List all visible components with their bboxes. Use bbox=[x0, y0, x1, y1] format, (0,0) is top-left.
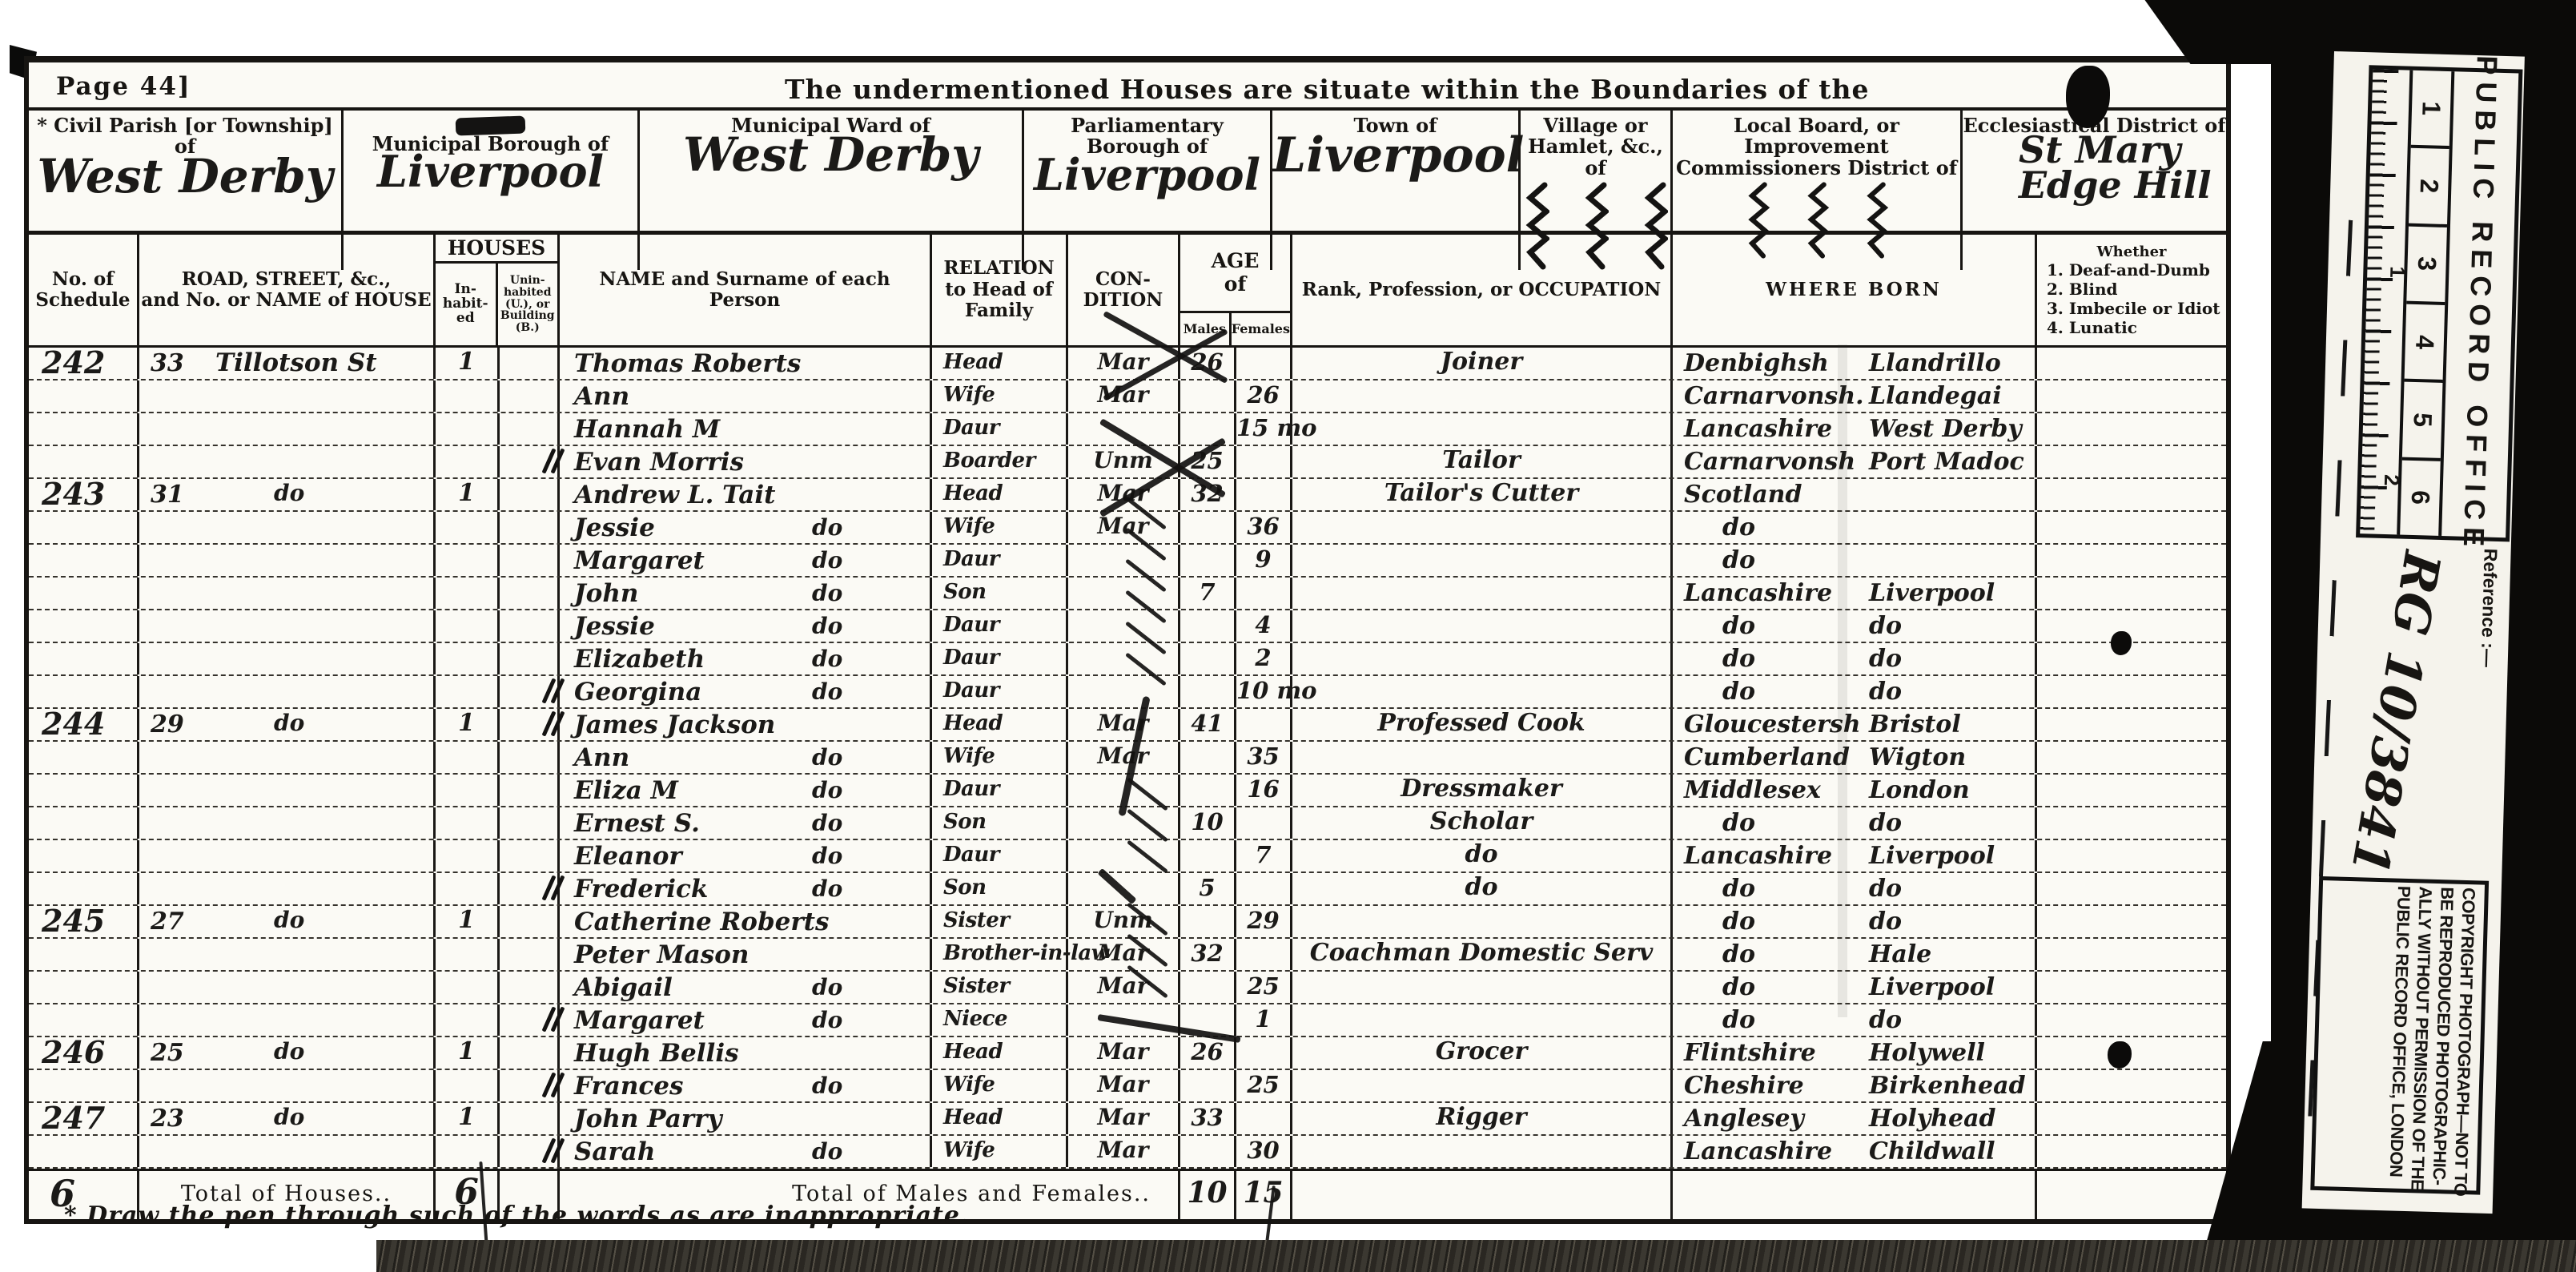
struck-word: City or bbox=[460, 115, 520, 135]
birth-place: do bbox=[1869, 875, 1902, 903]
scan-background-edge bbox=[2122, 0, 2274, 64]
inhabited-mark bbox=[433, 1004, 497, 1036]
person-name: Margaret bbox=[574, 546, 705, 575]
uninhabited-cell bbox=[497, 545, 557, 576]
ditto-mark: do bbox=[812, 678, 842, 705]
birthplace-cell: Cumberland Wigton bbox=[1670, 742, 2035, 773]
person-name-cell: Jessie do bbox=[557, 610, 930, 642]
address-cell bbox=[137, 972, 433, 1003]
age-female-value: 29 bbox=[1234, 906, 1290, 937]
birthplace-cell: Lancashire Childwall bbox=[1670, 1136, 2035, 1167]
relation-value: Son bbox=[930, 578, 1066, 609]
table-row: 244 29 do 1 James Jackson Head Mar 41 Pr… bbox=[29, 709, 2226, 742]
age-male-value: 41 bbox=[1178, 709, 1234, 740]
pro-ruler-box: 1 2 123456 PUBLIC RECORD OFFICE bbox=[2356, 65, 2522, 541]
inhabited-mark bbox=[433, 840, 497, 871]
age-female-value bbox=[1234, 1103, 1290, 1134]
ruler-cell-number: 1 bbox=[2411, 70, 2452, 150]
age-female-value: 1 bbox=[1234, 1004, 1290, 1036]
birth-place: Liverpool bbox=[1869, 579, 1995, 607]
inhabited-mark: 1 bbox=[433, 906, 497, 937]
house-number: 27 bbox=[151, 908, 184, 936]
disability-cell bbox=[2035, 1004, 2226, 1036]
col-name-header: NAME and Surname of each Person bbox=[557, 235, 930, 345]
birth-county: Lancashire bbox=[1684, 415, 1832, 443]
age-female-value bbox=[1234, 873, 1290, 904]
relation-value: Daur bbox=[930, 545, 1066, 576]
person-name: Hannah M bbox=[574, 415, 720, 444]
person-name: James Jackson bbox=[574, 710, 775, 739]
age-male-value bbox=[1178, 840, 1234, 871]
ditto-mark: do bbox=[812, 1138, 842, 1165]
birth-county: do bbox=[1722, 645, 1755, 673]
person-name-cell: Ann bbox=[557, 380, 930, 412]
col-condition-header: CON- DITION bbox=[1066, 235, 1178, 345]
age-male-value bbox=[1178, 610, 1234, 642]
birth-place: Holyhead bbox=[1869, 1105, 1996, 1133]
schedule-number: 243 bbox=[29, 479, 137, 510]
house-number: 29 bbox=[151, 710, 184, 739]
person-name: Catherine Roberts bbox=[574, 908, 829, 936]
relation-value: Wife bbox=[930, 512, 1066, 543]
condition-value bbox=[1066, 413, 1178, 445]
table-row: Abigail do Sister Mar 25 do Liverpool bbox=[29, 972, 2226, 1004]
inhabited-mark bbox=[433, 775, 497, 806]
condition-value: Unm bbox=[1066, 446, 1178, 477]
col-relation-header: RELATION to Head of Family bbox=[930, 235, 1066, 345]
ecclesiastical-district-value: St Mary Edge Hill bbox=[1963, 133, 2226, 203]
birth-county: do bbox=[1722, 973, 1755, 1001]
birth-county: Denbighsh bbox=[1684, 349, 1829, 377]
birthplace-cell: Flintshire Holywell bbox=[1670, 1037, 2035, 1069]
birth-county: Flintshire bbox=[1684, 1039, 1816, 1067]
table-row: 246 25 do 1 Hugh Bellis Head Mar 26 Groc… bbox=[29, 1037, 2226, 1070]
relation-value: Daur bbox=[930, 413, 1066, 445]
schedule-number: 245 bbox=[29, 906, 137, 937]
person-name-cell: Ernest S. do bbox=[557, 807, 930, 839]
disability-cell bbox=[2035, 479, 2226, 510]
birthplace-cell: Anglesey Holyhead bbox=[1670, 1103, 2035, 1134]
table-row: 247 23 do 1 John Parry Head Mar 33 Rigge… bbox=[29, 1103, 2226, 1136]
col-disability-header: Whether 1. Deaf-and-Dumb2. Blind3. Imbec… bbox=[2035, 235, 2226, 345]
birthplace-cell: do Liverpool bbox=[1670, 972, 2035, 1003]
person-name-cell: Evan Morris bbox=[557, 446, 930, 477]
person-name-cell: Margaret do bbox=[557, 1004, 930, 1036]
house-number: 33 bbox=[151, 349, 184, 377]
condition-value: Mar bbox=[1066, 1103, 1178, 1134]
birth-county: Gloucestersh bbox=[1684, 710, 1861, 739]
occupation-value bbox=[1290, 380, 1670, 412]
birth-county: do bbox=[1722, 809, 1755, 837]
occupation-value bbox=[1290, 972, 1670, 1003]
ditto-mark: do bbox=[812, 613, 842, 639]
schedule-number bbox=[29, 446, 137, 477]
person-name-cell: Catherine Roberts bbox=[557, 906, 930, 937]
age-male-value: 7 bbox=[1178, 578, 1234, 609]
birth-county: Carnarvonsh bbox=[1684, 448, 1855, 476]
person-name-cell: Abigail do bbox=[557, 972, 930, 1003]
address-cell: 25 do bbox=[137, 1037, 433, 1069]
birth-county: do bbox=[1722, 546, 1755, 574]
person-name-cell: Frances do bbox=[557, 1070, 930, 1101]
person-name-cell: Peter Mason bbox=[557, 939, 930, 970]
inhabited-mark: 1 bbox=[433, 348, 497, 379]
census-page-scan: Page 44] The undermentioned Houses are s… bbox=[0, 0, 2576, 1272]
census-form: Page 44] The undermentioned Houses are s… bbox=[24, 56, 2231, 1224]
age-female-value: 4 bbox=[1234, 610, 1290, 642]
person-name: John bbox=[574, 579, 638, 608]
uninhabited-cell bbox=[497, 348, 557, 379]
col-houses-header: HOUSES In- habit- ed Unin- habited (U.),… bbox=[433, 235, 557, 345]
age-male-value bbox=[1178, 742, 1234, 773]
relation-value: Head bbox=[930, 348, 1066, 379]
person-name: Elizabeth bbox=[574, 645, 705, 674]
col-occupation-header: Rank, Profession, or OCCUPATION bbox=[1290, 235, 1670, 345]
person-name: Eliza M bbox=[574, 776, 678, 805]
inhabited-mark bbox=[433, 939, 497, 970]
enumerator-tick-mark bbox=[547, 710, 568, 739]
age-female-value: 25 bbox=[1234, 1070, 1290, 1101]
schedule-number bbox=[29, 676, 137, 707]
house-number: 23 bbox=[151, 1105, 184, 1133]
person-name-cell: Georgina do bbox=[557, 676, 930, 707]
age-female-value: 25 bbox=[1234, 972, 1290, 1003]
condition-value bbox=[1066, 545, 1178, 576]
schedule-number bbox=[29, 1004, 137, 1036]
condition-value bbox=[1066, 578, 1178, 609]
occupation-value: Tailor bbox=[1290, 446, 1670, 477]
person-name: Peter Mason bbox=[574, 940, 749, 969]
relation-value: Sister bbox=[930, 972, 1066, 1003]
occupation-value: Scholar bbox=[1290, 807, 1670, 839]
person-name-cell: Andrew L. Tait bbox=[557, 479, 930, 510]
birth-place: do bbox=[1869, 678, 1902, 706]
birthplace-cell: do do bbox=[1670, 906, 2035, 937]
birth-place: Bristol bbox=[1869, 710, 1961, 739]
schedule-number bbox=[29, 643, 137, 674]
table-row: Georgina do Daur 10 mo do do bbox=[29, 676, 2226, 709]
ditto-mark: do bbox=[812, 777, 842, 803]
birth-county: do bbox=[1722, 678, 1755, 706]
enumerator-tick-mark bbox=[547, 1071, 568, 1100]
person-name: Ernest S. bbox=[574, 809, 700, 838]
birth-county: Cheshire bbox=[1684, 1072, 1804, 1100]
address-cell bbox=[137, 545, 433, 576]
birthplace-cell: Carnarvonsh. Llandegai bbox=[1670, 380, 2035, 412]
males-total-value: 10 bbox=[1178, 1171, 1234, 1219]
address-cell: 27 do bbox=[137, 906, 433, 937]
inhabited-mark bbox=[433, 676, 497, 707]
relation-value: Daur bbox=[930, 676, 1066, 707]
age-female-value bbox=[1234, 807, 1290, 839]
relation-value: Son bbox=[930, 873, 1066, 904]
age-female-value bbox=[1234, 348, 1290, 379]
uninhabited-cell bbox=[497, 775, 557, 806]
uninhabited-cell bbox=[497, 807, 557, 839]
schedule-number bbox=[29, 578, 137, 609]
person-name: Jessie bbox=[574, 513, 655, 542]
birthplace-cell: Gloucestersh Bristol bbox=[1670, 709, 2035, 740]
birth-place: Birkenhead bbox=[1869, 1072, 2026, 1100]
reference-label: Reference :— bbox=[2477, 548, 2502, 667]
age-female-value: 26 bbox=[1234, 380, 1290, 412]
address-cell: 31 do bbox=[137, 479, 433, 510]
ditto-mark: do bbox=[812, 974, 842, 1000]
table-row: Eleanor do Daur 7 do Lancashire Liverpoo… bbox=[29, 840, 2226, 873]
address-cell bbox=[137, 578, 433, 609]
address-cell bbox=[137, 775, 433, 806]
females-total-value: 15 bbox=[1234, 1171, 1290, 1219]
birth-place: Childwall bbox=[1869, 1137, 1995, 1165]
condition-value: Mar bbox=[1066, 1136, 1178, 1167]
inhabited-mark bbox=[433, 380, 497, 412]
age-male-value bbox=[1178, 413, 1234, 445]
page-title: The undermentioned Houses are situate wi… bbox=[785, 74, 1869, 105]
schedule-number bbox=[29, 775, 137, 806]
relation-value: Daur bbox=[930, 775, 1066, 806]
relation-value: Wife bbox=[930, 1136, 1066, 1167]
birthplace-cell: do do bbox=[1670, 807, 2035, 839]
relation-value: Brother-in-law bbox=[930, 939, 1066, 970]
relation-value: Boarder bbox=[930, 446, 1066, 477]
age-male-value: 5 bbox=[1178, 873, 1234, 904]
reference-number: RG 10/3841 bbox=[2341, 547, 2452, 873]
birthplace-cell: do bbox=[1670, 545, 2035, 576]
birth-place: Llandegai bbox=[1869, 382, 2002, 410]
pro-office-title: PUBLIC RECORD OFFICE bbox=[2441, 71, 2518, 537]
uninhabited-cell bbox=[497, 742, 557, 773]
address-cell bbox=[137, 840, 433, 871]
address-cell bbox=[137, 1136, 433, 1167]
schedule-number bbox=[29, 840, 137, 871]
municipal-ward-value: West Derby bbox=[640, 133, 1022, 177]
age-female-value bbox=[1234, 939, 1290, 970]
col-females-header: Females bbox=[1229, 313, 1290, 345]
inhabited-mark bbox=[433, 742, 497, 773]
age-female-value: 15 mo bbox=[1234, 413, 1290, 445]
birth-place: Llandrillo bbox=[1869, 349, 2001, 377]
schedule-number: 246 bbox=[29, 1037, 137, 1069]
person-name: Ann bbox=[574, 743, 629, 772]
scan-bottom-edge bbox=[376, 1240, 2576, 1272]
ditto-mark: do bbox=[812, 843, 842, 869]
person-name: Frances bbox=[574, 1072, 683, 1101]
person-name-cell: Thomas Roberts bbox=[557, 348, 930, 379]
address-cell bbox=[137, 1070, 433, 1101]
occupation-value bbox=[1290, 1136, 1670, 1167]
address-cell: 23 do bbox=[137, 1103, 433, 1134]
inhabited-mark bbox=[433, 972, 497, 1003]
disability-cell bbox=[2035, 676, 2226, 707]
address-cell bbox=[137, 676, 433, 707]
occupation-value bbox=[1290, 643, 1670, 674]
inhabited-mark bbox=[433, 545, 497, 576]
ditto-mark: do bbox=[812, 646, 842, 672]
address-cell bbox=[137, 807, 433, 839]
birth-place: Hale bbox=[1869, 940, 1931, 968]
house-number: 31 bbox=[151, 481, 184, 509]
occupation-value: Dressmaker bbox=[1290, 775, 1670, 806]
inhabited-mark: 1 bbox=[433, 1103, 497, 1134]
birth-place: do bbox=[1869, 1006, 1902, 1034]
col-born-header: WHERE BORN bbox=[1670, 235, 2035, 345]
table-row: Sarah do Wife Mar 30 Lancashire Childwal… bbox=[29, 1136, 2226, 1169]
birth-county: do bbox=[1722, 908, 1755, 936]
age-female-value bbox=[1234, 578, 1290, 609]
occupation-value bbox=[1290, 742, 1670, 773]
address-cell bbox=[137, 939, 433, 970]
birthplace-cell: do do bbox=[1670, 1004, 2035, 1036]
birth-county: do bbox=[1722, 940, 1755, 968]
ruler-inch-label: 2 bbox=[2379, 474, 2404, 486]
table-row: Hannah M Daur 15 mo Lancashire West Derb… bbox=[29, 413, 2226, 446]
inhabited-mark bbox=[433, 512, 497, 543]
birthplace-cell: Lancashire Liverpool bbox=[1670, 840, 2035, 871]
age-male-value: 32 bbox=[1178, 939, 1234, 970]
inhabited-mark bbox=[433, 643, 497, 674]
person-name: Eleanor bbox=[574, 842, 682, 871]
birthplace-cell: Lancashire West Derby bbox=[1670, 413, 2035, 445]
disability-cell bbox=[2035, 972, 2226, 1003]
person-name: Andrew L. Tait bbox=[574, 481, 775, 509]
birthplace-cell: do do bbox=[1670, 873, 2035, 904]
disability-cell bbox=[2035, 446, 2226, 477]
birth-county: do bbox=[1722, 612, 1755, 640]
birth-place: do bbox=[1869, 809, 1902, 837]
birthplace-cell: do do bbox=[1670, 610, 2035, 642]
age-male-value: 26 bbox=[1178, 1037, 1234, 1069]
schedule-number bbox=[29, 1136, 137, 1167]
age-female-value: 36 bbox=[1234, 512, 1290, 543]
inhabited-mark bbox=[433, 1070, 497, 1101]
relation-value: Wife bbox=[930, 742, 1066, 773]
birthplace-cell: do Hale bbox=[1670, 939, 2035, 970]
table-row: Evan Morris Boarder Unm 25 Tailor Carnar… bbox=[29, 446, 2226, 479]
disability-cell bbox=[2035, 380, 2226, 412]
occupation-value: Coachman Domestic Serv bbox=[1290, 939, 1670, 970]
birthplace-cell: Middlesex London bbox=[1670, 775, 2035, 806]
birth-county: Lancashire bbox=[1684, 579, 1832, 607]
form-footnote: * Draw the pen through such of the words… bbox=[64, 1202, 969, 1230]
col-uninhabited-header: Unin- habited (U.), or Building (B.) bbox=[496, 264, 558, 345]
relation-value: Daur bbox=[930, 610, 1066, 642]
person-name-cell: Hannah M bbox=[557, 413, 930, 445]
occupation-value: Joiner bbox=[1290, 348, 1670, 379]
inhabited-mark bbox=[433, 578, 497, 609]
schedule-number: 242 bbox=[29, 348, 137, 379]
condition-value bbox=[1066, 610, 1178, 642]
occupation-value bbox=[1290, 413, 1670, 445]
schedule-number bbox=[29, 742, 137, 773]
age-male-value bbox=[1178, 643, 1234, 674]
enumerator-tick-mark bbox=[547, 447, 568, 476]
person-name-cell: Frederick do bbox=[557, 873, 930, 904]
birth-county: do bbox=[1722, 1006, 1755, 1034]
address-cell bbox=[137, 610, 433, 642]
condition-value: Mar bbox=[1066, 1037, 1178, 1069]
uninhabited-cell bbox=[497, 840, 557, 871]
civil-parish-value: West Derby bbox=[29, 155, 341, 199]
birth-place: Wigton bbox=[1869, 743, 1966, 771]
disability-cell bbox=[2035, 512, 2226, 543]
schedule-number bbox=[29, 545, 137, 576]
uninhabited-cell bbox=[497, 512, 557, 543]
age-male-value: 10 bbox=[1178, 807, 1234, 839]
age-male-value bbox=[1178, 1070, 1234, 1101]
relation-value: Head bbox=[930, 479, 1066, 510]
relation-value: Son bbox=[930, 807, 1066, 839]
municipal-borough-value: Liverpool bbox=[344, 151, 637, 192]
birth-county: Scotland bbox=[1684, 481, 1802, 509]
address-cell bbox=[137, 446, 433, 477]
ditto-mark: do bbox=[812, 1007, 842, 1033]
enumerator-tick-mark bbox=[547, 677, 568, 706]
town-value: Liverpool bbox=[1272, 133, 1518, 179]
uninhabited-cell bbox=[497, 479, 557, 510]
person-name: John Parry bbox=[574, 1105, 721, 1133]
street-name: do bbox=[274, 710, 304, 736]
age-male-value bbox=[1178, 775, 1234, 806]
birth-place: do bbox=[1869, 908, 1902, 936]
uninhabited-cell bbox=[497, 1103, 557, 1134]
birthplace-cell: Carnarvonsh Port Madoc bbox=[1670, 446, 2035, 477]
inhabited-mark bbox=[433, 610, 497, 642]
col-schedule-header: No. of Schedule bbox=[29, 235, 137, 345]
condition-value: Mar bbox=[1066, 972, 1178, 1003]
table-header-row: No. of Schedule ROAD, STREET, &c., and N… bbox=[29, 235, 2226, 348]
relation-value: Daur bbox=[930, 643, 1066, 674]
col-inhabited-header: In- habit- ed bbox=[436, 264, 496, 345]
birth-county: do bbox=[1722, 513, 1755, 541]
birth-county: Lancashire bbox=[1684, 1137, 1832, 1165]
copyright-notice: COPYRIGHT PHOTOGRAPH—NOT TOBE REPRODUCED… bbox=[2310, 876, 2489, 1195]
person-name-cell: James Jackson bbox=[557, 709, 930, 740]
schedule-number bbox=[29, 380, 137, 412]
schedule-number bbox=[29, 610, 137, 642]
birth-place: West Derby bbox=[1869, 415, 2022, 443]
age-female-value bbox=[1234, 709, 1290, 740]
uninhabited-cell bbox=[497, 939, 557, 970]
table-row: Frances do Wife Mar 25 Cheshire Birkenhe… bbox=[29, 1070, 2226, 1103]
age-male-value bbox=[1178, 676, 1234, 707]
birth-county: Cumberland bbox=[1684, 743, 1850, 771]
ditto-mark: do bbox=[812, 1073, 842, 1099]
birth-place: Liverpool bbox=[1869, 973, 1995, 1001]
disability-cell bbox=[2035, 873, 2226, 904]
disability-cell bbox=[2035, 807, 2226, 839]
table-row: 245 27 do 1 Catherine Roberts Sister Unm… bbox=[29, 906, 2226, 939]
age-male-value bbox=[1178, 545, 1234, 576]
disability-cell bbox=[2035, 1103, 2226, 1134]
ruler-cell-number: 4 bbox=[2405, 304, 2445, 384]
house-number: 25 bbox=[151, 1039, 184, 1067]
birthplace-cell: do bbox=[1670, 512, 2035, 543]
ruler-cell-number: 2 bbox=[2409, 148, 2449, 227]
occupation-value: Professed Cook bbox=[1290, 709, 1670, 740]
street-name: do bbox=[274, 1104, 304, 1130]
person-name: Ann bbox=[574, 382, 629, 411]
age-female-value bbox=[1234, 446, 1290, 477]
age-male-value bbox=[1178, 512, 1234, 543]
person-name: Thomas Roberts bbox=[574, 349, 801, 378]
address-cell bbox=[137, 742, 433, 773]
birth-county: Lancashire bbox=[1684, 842, 1832, 870]
birth-county: do bbox=[1722, 875, 1755, 903]
uninhabited-cell bbox=[497, 578, 557, 609]
relation-value: Niece bbox=[930, 1004, 1066, 1036]
person-name: Evan Morris bbox=[574, 448, 744, 477]
birth-place: Port Madoc bbox=[1869, 448, 2024, 476]
